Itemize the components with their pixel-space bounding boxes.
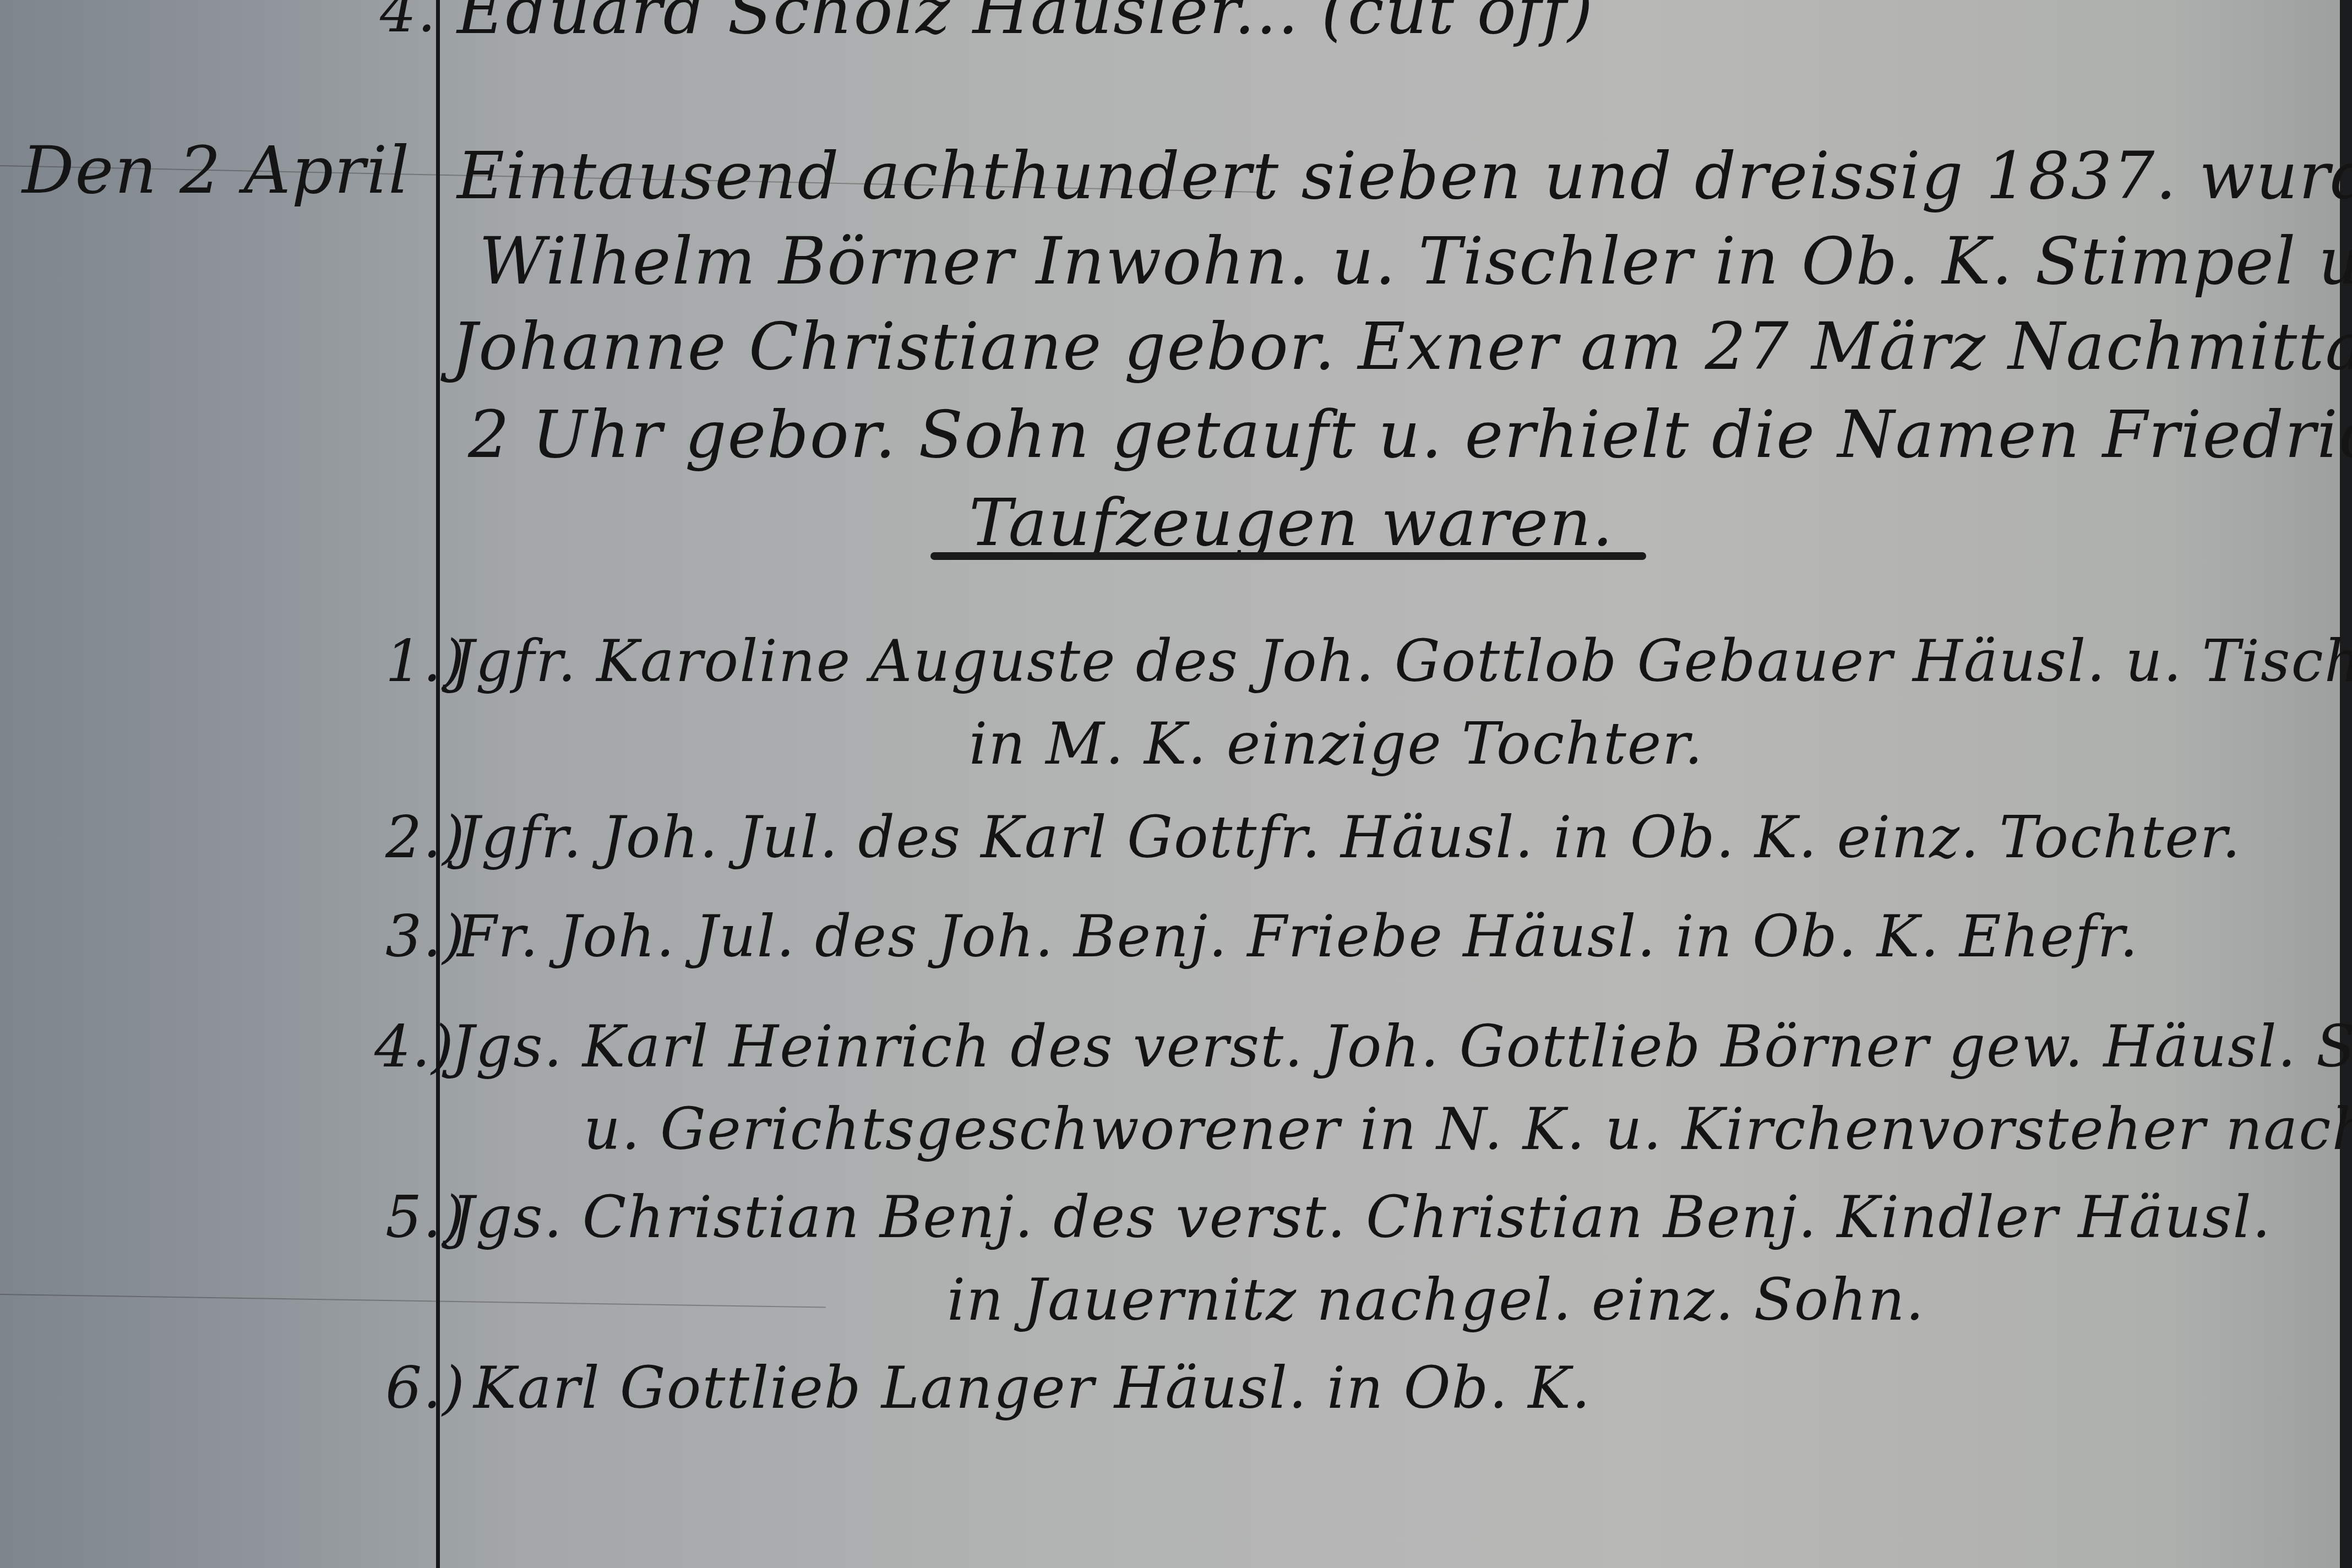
- witness-5-line-1: Jgs. Christian Benj. des verst. Christia…: [451, 1184, 2272, 1251]
- previous-entry-fragment: Eduard Scholz Häusler... (cut off): [457, 0, 1594, 48]
- witness-1-line-1: Jgfr. Karoline Auguste des Joh. Gottlob …: [451, 628, 2352, 695]
- margin-date: Den 2 April: [22, 132, 410, 208]
- entry-line-2: Wilhelm Börner Inwohn. u. Tischler in Ob…: [479, 223, 2352, 299]
- entry-line-1: Eintausend achthundert sieben und dreiss…: [457, 138, 2352, 214]
- witness-2-number: 2.): [385, 804, 466, 871]
- entry-line-3: Johanne Christiane gebor. Exner am 27 Mä…: [451, 308, 2352, 384]
- witness-1-line-2: in M. K. einzige Tochter.: [969, 710, 1704, 777]
- witness-3-number: 3.): [385, 903, 466, 970]
- margin-column-rule: [436, 0, 440, 1568]
- witness-4-line-2: u. Gerichtsgeschworener in N. K. u. Kirc…: [584, 1096, 2352, 1163]
- heading-underline: [930, 552, 1646, 560]
- register-page: 4. Eduard Scholz Häusler... (cut off) De…: [0, 0, 2352, 1568]
- witness-5-line-2: in Jauernitz nachgel. einz. Sohn.: [947, 1266, 1925, 1333]
- witness-4-number: 4.): [374, 1013, 455, 1080]
- witness-4-line-1: Jgs. Karl Heinrich des verst. Joh. Gottl…: [451, 1013, 2352, 1080]
- witness-6-line-1: Karl Gottlieb Langer Häusl. in Ob. K.: [473, 1354, 1591, 1422]
- witnesses-heading: Taufzeugen waren.: [969, 484, 1614, 560]
- witness-2-line-1: Jgfr. Joh. Jul. des Karl Gottfr. Häusl. …: [457, 804, 2241, 871]
- witness-6-number: 6.): [385, 1354, 466, 1422]
- entry-line-4: 2 Uhr gebor. Sohn getauft u. erhielt die…: [468, 396, 2352, 472]
- witness-3-line-1: Fr. Joh. Jul. des Joh. Benj. Friebe Häus…: [457, 903, 2139, 970]
- previous-witness-number: 4.: [380, 0, 437, 45]
- faint-ruled-line: [0, 1294, 826, 1308]
